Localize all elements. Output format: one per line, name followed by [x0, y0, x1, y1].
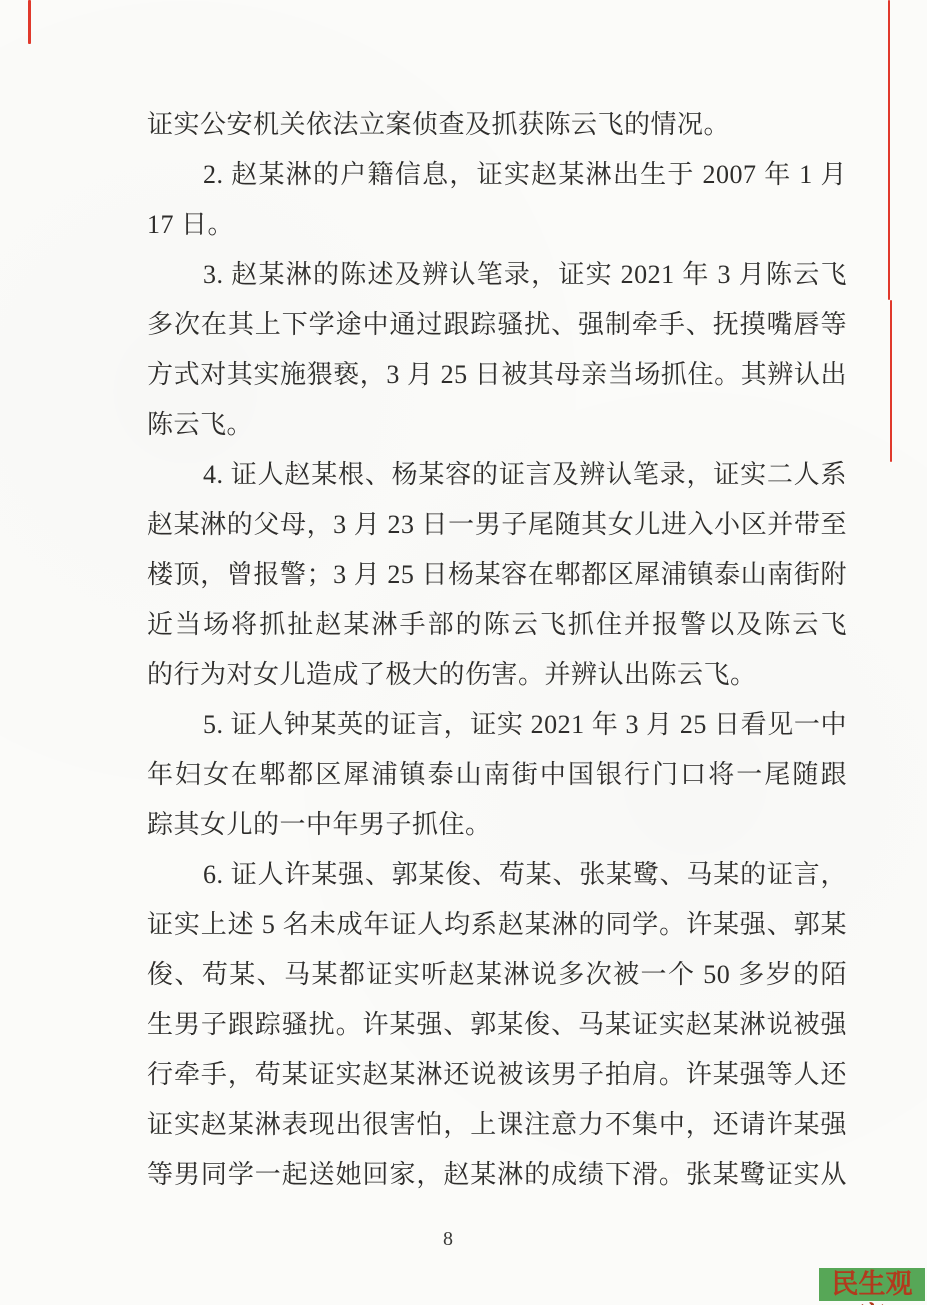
- red-scan-mark-right-upper: [888, 0, 890, 300]
- text-line: 楼顶，曾报警；3 月 25 日杨某容在郫都区犀浦镇泰山南街附: [147, 550, 847, 600]
- text-line: 近当场将抓扯赵某淋手部的陈云飞抓住并报警以及陈云飞: [147, 600, 847, 650]
- red-scan-mark-left: [28, 0, 31, 44]
- text-line: 3. 赵某淋的陈述及辨认笔录，证实 2021 年 3 月陈云飞: [147, 250, 847, 300]
- text-line: 4. 证人赵某根、杨某容的证言及辨认笔录，证实二人系: [147, 450, 847, 500]
- text-line: 证实公安机关依法立案侦查及抓获陈云飞的情况。: [147, 100, 847, 150]
- text-line: 生男子跟踪骚扰。许某强、郭某俊、马某证实赵某淋说被强: [147, 1000, 847, 1050]
- text-line: 方式对其实施猥亵，3 月 25 日被其母亲当场抓住。其辨认出: [147, 350, 847, 400]
- text-lines: 证实公安机关依法立案侦查及抓获陈云飞的情况。2. 赵某淋的户籍信息，证实赵某淋出…: [147, 100, 847, 1200]
- text-line: 6. 证人许某强、郭某俊、苟某、张某鹭、马某的证言，: [147, 850, 847, 900]
- watermark-minsheng-guancha: 民生观察: [819, 1268, 925, 1301]
- text-line: 17 日。: [147, 200, 847, 250]
- text-line: 5. 证人钟某英的证言，证实 2021 年 3 月 25 日看见一中: [147, 700, 847, 750]
- text-line: 等男同学一起送她回家，赵某淋的成绩下滑。张某鹭证实从: [147, 1150, 847, 1200]
- text-line: 踪其女儿的一中年男子抓住。: [147, 800, 847, 850]
- text-line: 陈云飞。: [147, 400, 847, 450]
- text-line: 证实上述 5 名未成年证人均系赵某淋的同学。许某强、郭某: [147, 900, 847, 950]
- text-line: 俊、苟某、马某都证实听赵某淋说多次被一个 50 多岁的陌: [147, 950, 847, 1000]
- red-scan-mark-right-lower: [890, 300, 892, 462]
- scanned-document-page: 证实公安机关依法立案侦查及抓获陈云飞的情况。2. 赵某淋的户籍信息，证实赵某淋出…: [0, 0, 927, 1305]
- page-number: 8: [443, 1228, 453, 1251]
- text-line: 的行为对女儿造成了极大的伤害。并辨认出陈云飞。: [147, 650, 847, 700]
- text-line: 2. 赵某淋的户籍信息，证实赵某淋出生于 2007 年 1 月: [147, 150, 847, 200]
- text-line: 行牵手，苟某证实赵某淋还说被该男子拍肩。许某强等人还: [147, 1050, 847, 1100]
- text-line: 赵某淋的父母，3 月 23 日一男子尾随其女儿进入小区并带至: [147, 500, 847, 550]
- text-line: 年妇女在郫都区犀浦镇泰山南街中国银行门口将一尾随跟: [147, 750, 847, 800]
- text-line: 多次在其上下学途中通过跟踪骚扰、强制牵手、抚摸嘴唇等: [147, 300, 847, 350]
- text-line: 证实赵某淋表现出很害怕，上课注意力不集中，还请许某强: [147, 1100, 847, 1150]
